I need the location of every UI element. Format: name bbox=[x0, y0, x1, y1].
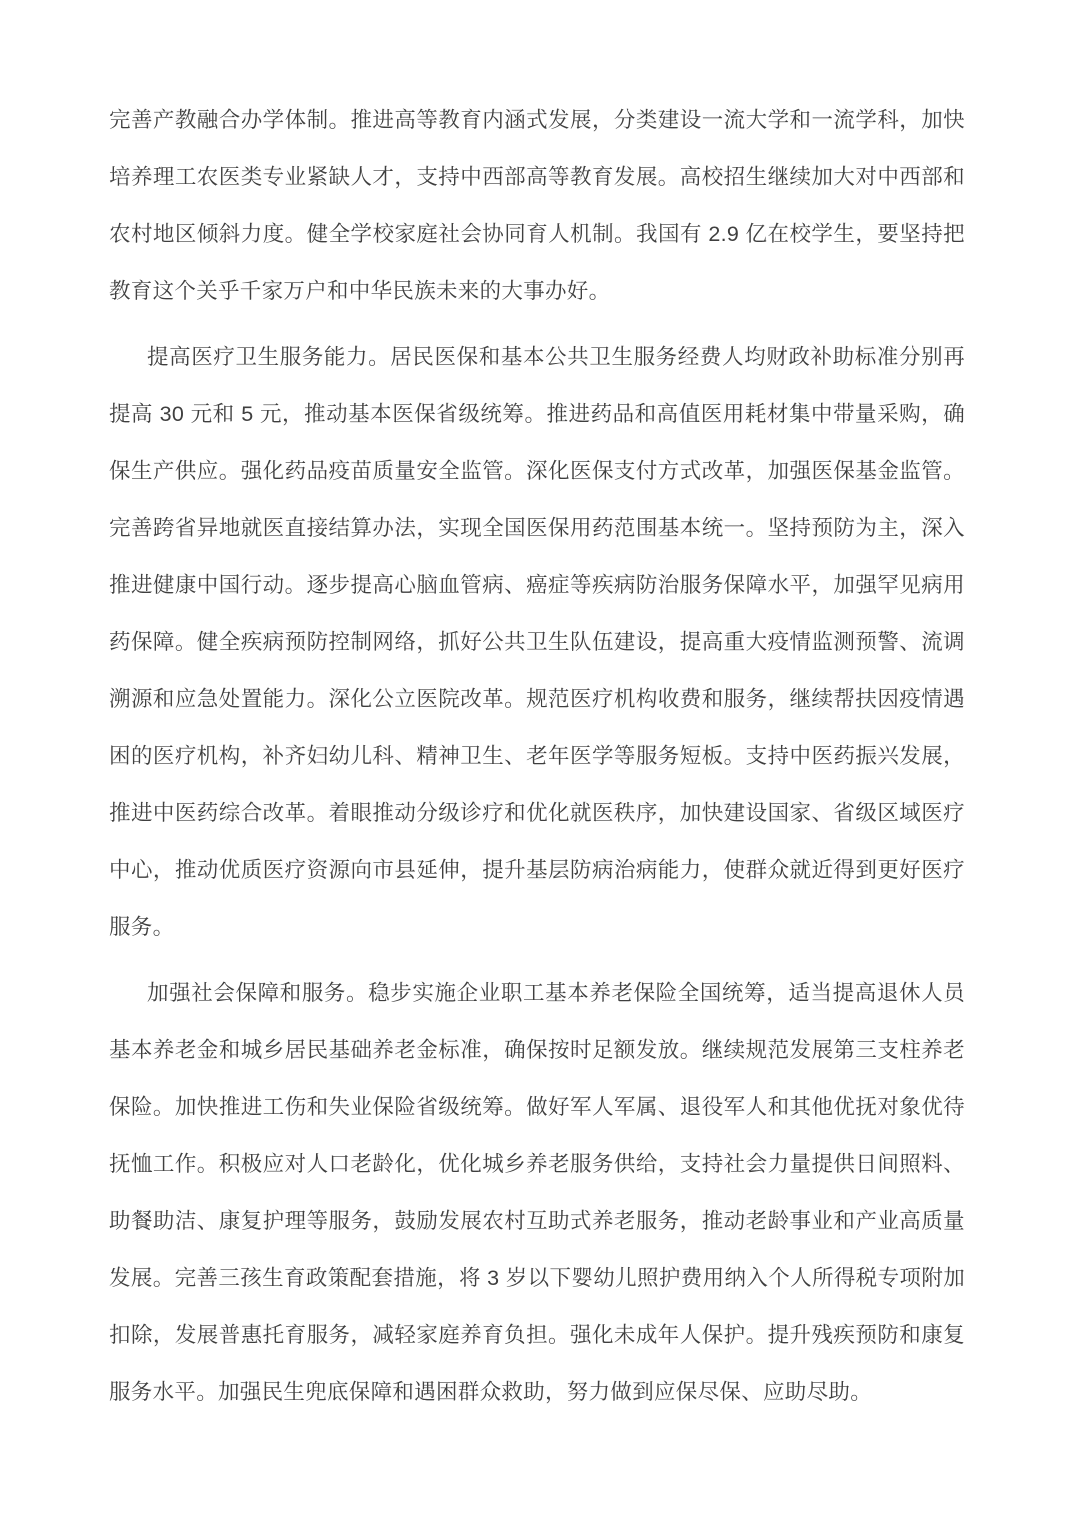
document-page: 完善产教融合办学体制。推进高等教育内涵式发展，分类建设一流大学和一流学科，加快培… bbox=[0, 0, 1074, 1520]
paragraph: 完善产教融合办学体制。推进高等教育内涵式发展，分类建设一流大学和一流学科，加快培… bbox=[109, 92, 965, 320]
paragraph: 提高医疗卫生服务能力。居民医保和基本公共卫生服务经费人均财政补助标准分别再提高 … bbox=[109, 329, 965, 956]
document-body: 完善产教融合办学体制。推进高等教育内涵式发展，分类建设一流大学和一流学科，加快培… bbox=[109, 92, 965, 1421]
paragraph: 加强社会保障和服务。稳步实施企业职工基本养老保险全国统筹，适当提高退休人员基本养… bbox=[109, 965, 965, 1421]
